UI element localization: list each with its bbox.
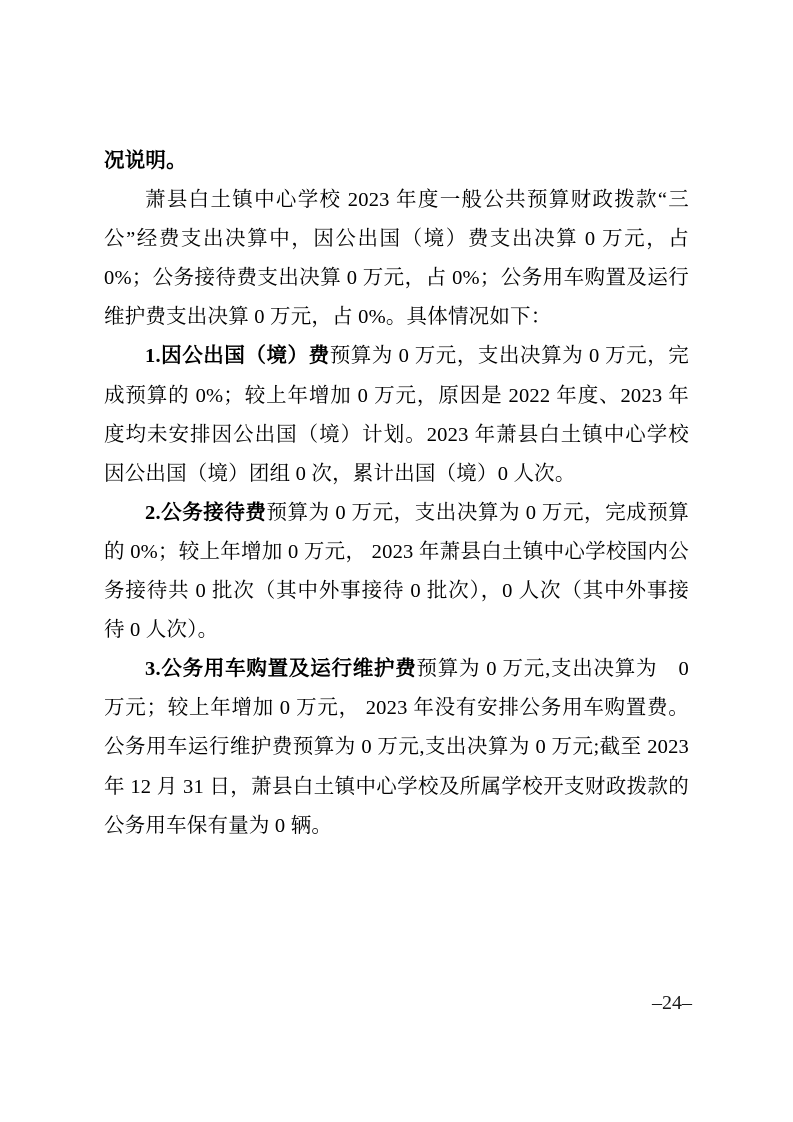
document-page: 况说明。 萧县白土镇中心学校 2023 年度一般公共预算财政拨款“三公”经费支出… [0, 0, 793, 1122]
section-3-paragraph: 3.公务用车购置及运行维护费预算为 0 万元,支出决算为 0 万元；较上年增加 … [104, 650, 689, 845]
document-body: 况说明。 萧县白土镇中心学校 2023 年度一般公共预算财政拨款“三公”经费支出… [104, 142, 689, 846]
section-3-text: 预算为 0 万元,支出决算为 0 万元；较上年增加 0 万元， 2023 年没有… [104, 658, 694, 836]
section-3-lead: 3.公务用车购置及运行维护费 [145, 658, 417, 680]
intro-text: 萧县白土镇中心学校 2023 年度一般公共预算财政拨款“三公”经费支出决算中，因… [104, 189, 694, 328]
intro-paragraph: 萧县白土镇中心学校 2023 年度一般公共预算财政拨款“三公”经费支出决算中，因… [104, 181, 689, 337]
section-2-paragraph: 2.公务接待费预算为 0 万元，支出决算为 0 万元，完成预算的 0%；较上年增… [104, 494, 689, 650]
page-number: –24– [652, 992, 692, 1014]
section-1-lead: 1.因公出国（境）费 [145, 345, 330, 367]
section-1-paragraph: 1.因公出国（境）费预算为 0 万元，支出决算为 0 万元，完成预算的 0%；较… [104, 337, 689, 493]
section-heading-tail: 况说明。 [104, 142, 689, 181]
section-2-lead: 2.公务接待费 [145, 502, 266, 524]
